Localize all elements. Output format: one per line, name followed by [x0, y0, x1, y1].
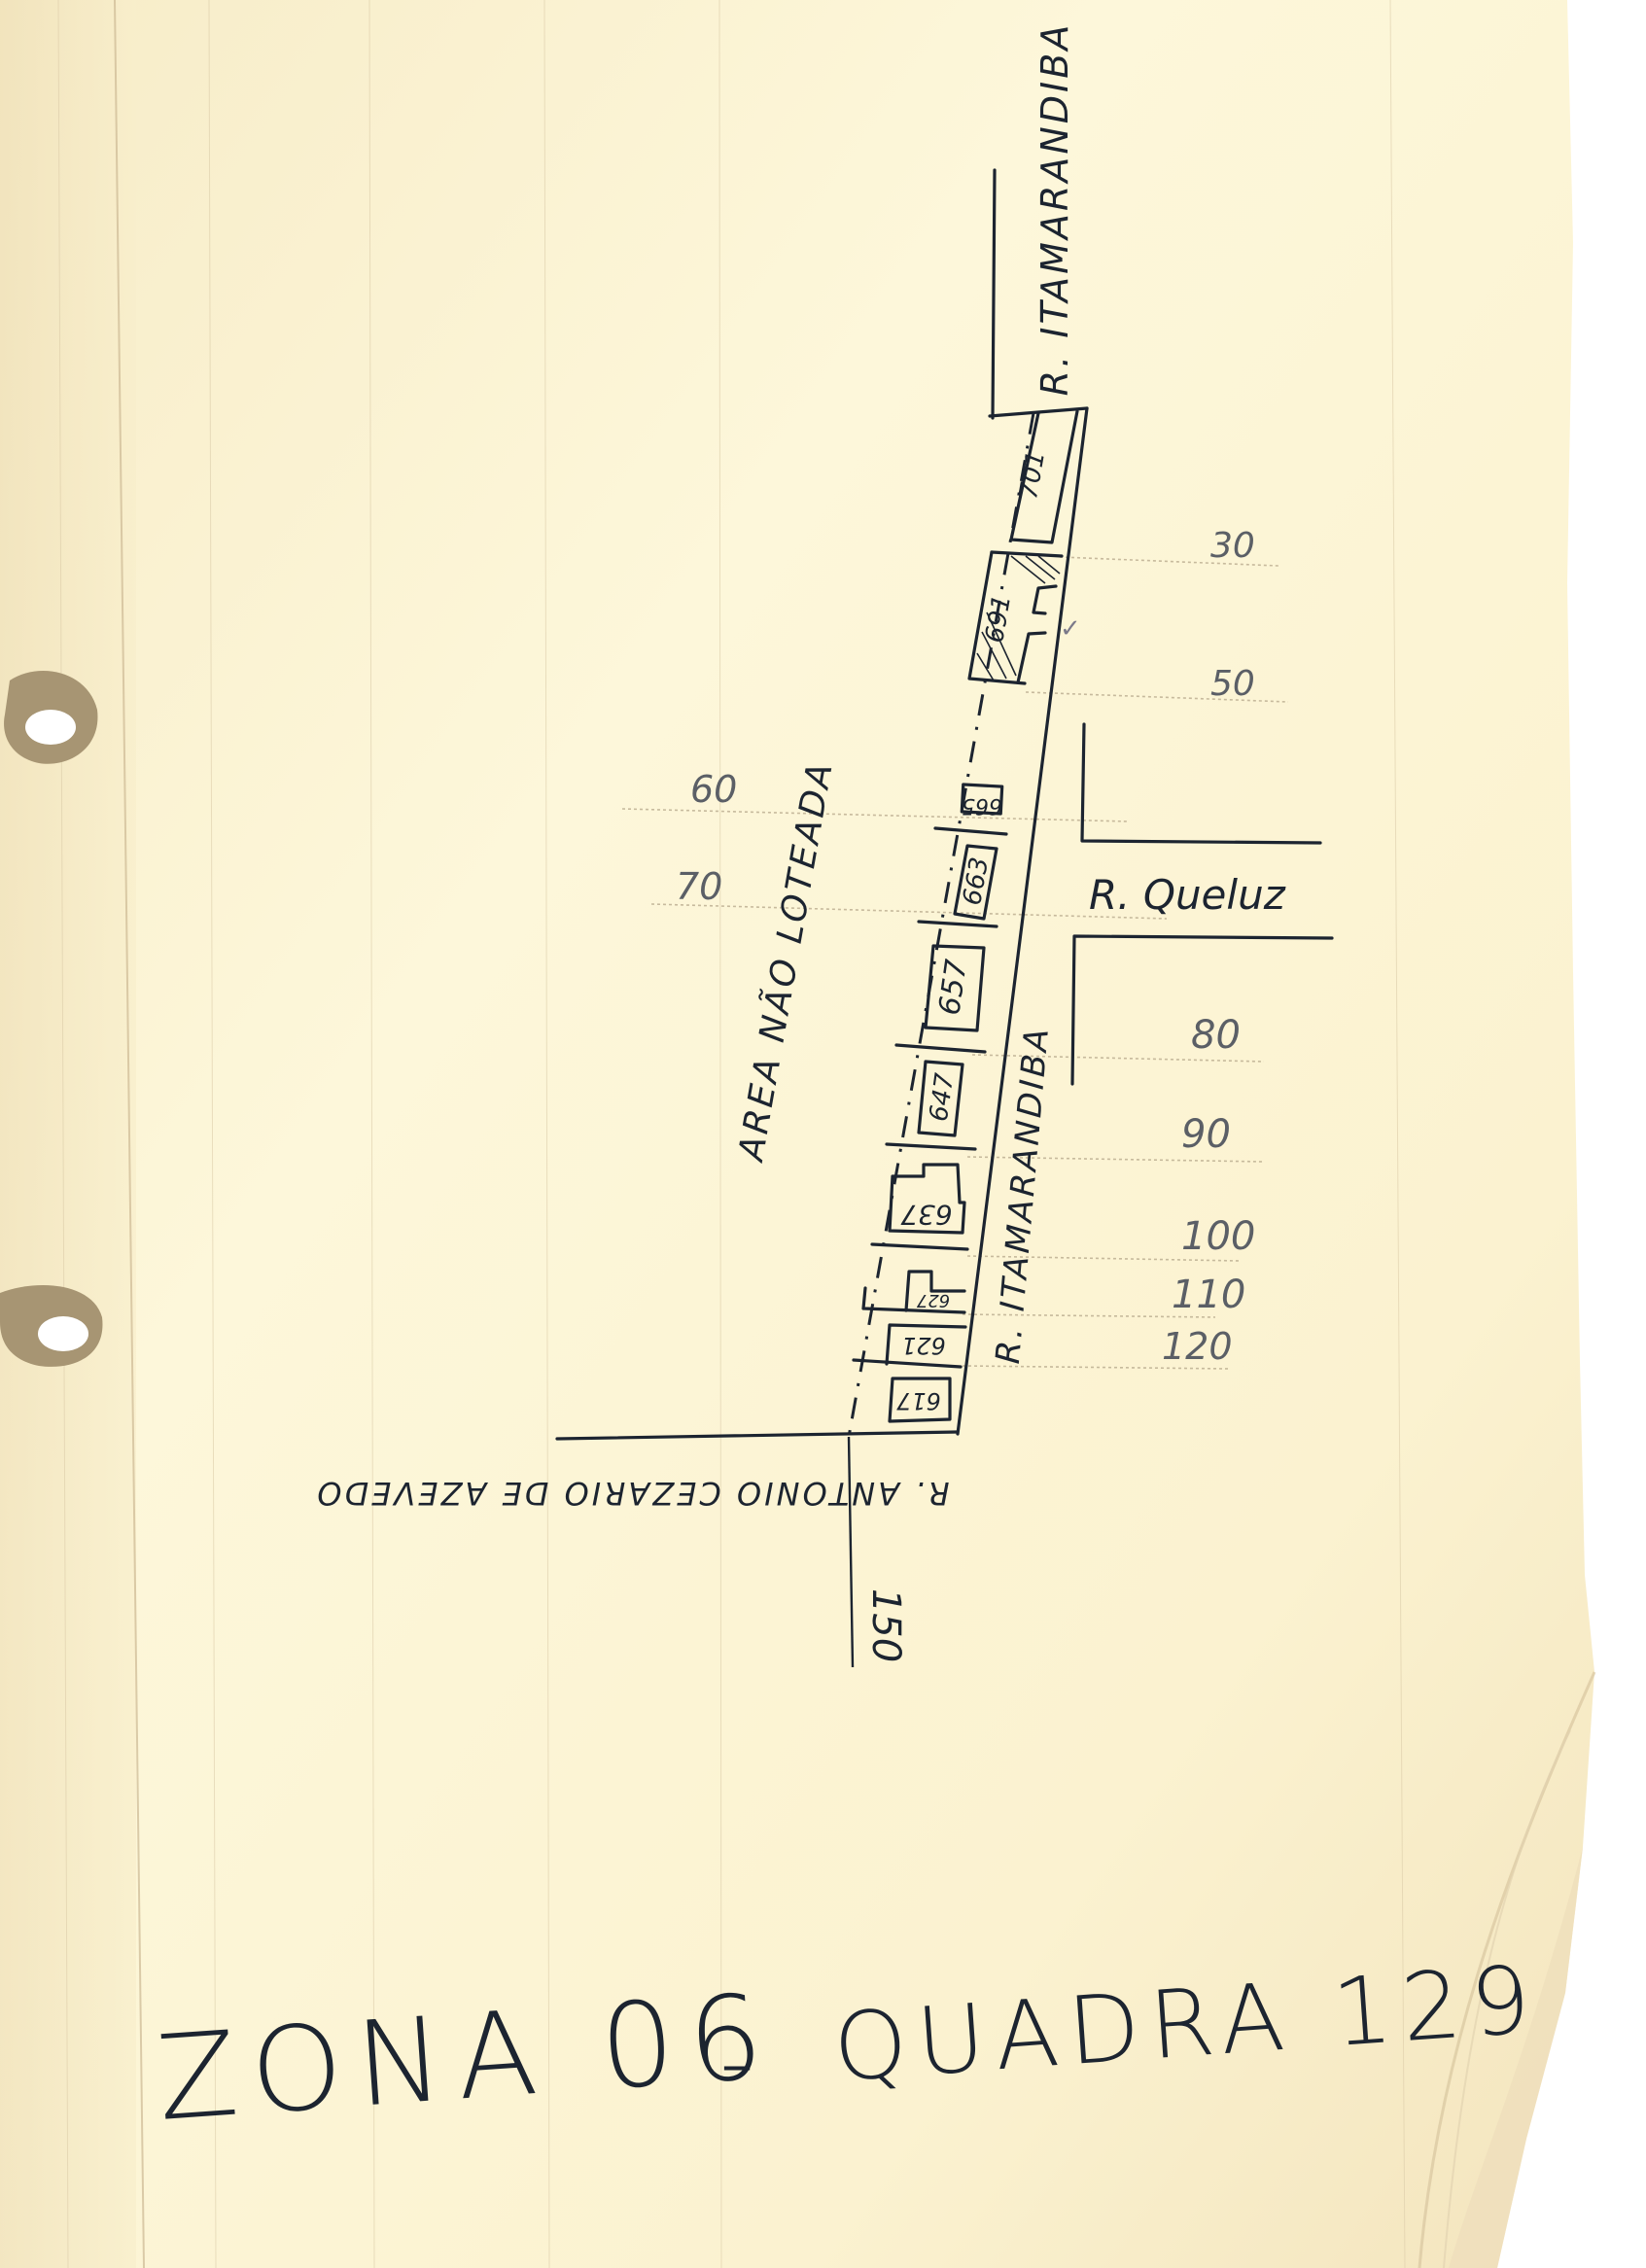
lot-number-617: 617: [895, 1387, 941, 1414]
measure-100: 100: [1181, 1214, 1255, 1259]
measure-80: 80: [1191, 1013, 1241, 1058]
title-separator: -: [719, 2005, 754, 2118]
check-mark-annotation: ✓: [1060, 614, 1081, 644]
measure-120: 120: [1162, 1325, 1233, 1368]
binding-margin: [0, 0, 136, 2268]
street-label-antonio-cezario: R. ANTONIO CEZARIO DE AZEVEDO: [314, 1475, 949, 1512]
measure-110: 110: [1172, 1273, 1245, 1317]
paper: [0, 0, 1594, 2268]
lot-number-665: 665: [962, 793, 1002, 818]
lot-number-627: 627: [916, 1290, 950, 1310]
measure-70: 70: [676, 865, 722, 908]
street-label-queluz: R. Queluz: [1089, 871, 1286, 919]
street-label-itamarandiba-top: R. ITAMARANDIBA: [1033, 22, 1076, 397]
lot-number-621: 621: [901, 1332, 946, 1359]
cadastral-map-sheet: 701 691 665 663 657 647 637 627 621 617 …: [0, 0, 1646, 2268]
lot-number-637: 637: [900, 1199, 953, 1231]
measure-60: 60: [690, 768, 737, 811]
measure-30: 30: [1210, 526, 1255, 566]
measure-150: 150: [863, 1588, 908, 1662]
punch-hole-lower: [0, 1285, 102, 1367]
measure-90: 90: [1181, 1112, 1231, 1157]
itamarandiba-top-line: [993, 170, 995, 418]
measure-50: 50: [1210, 664, 1255, 704]
